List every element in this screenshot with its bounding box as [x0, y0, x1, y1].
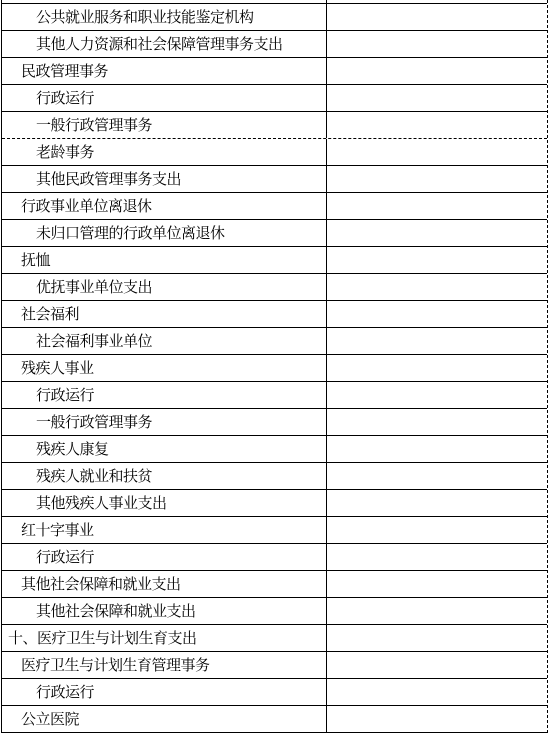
table-row: 残疾人康复	[2, 436, 547, 463]
item-cell[interactable]: 民政管理事务	[2, 58, 326, 84]
value-cell[interactable]	[326, 679, 547, 705]
table-row: 其他社会保障和就业支出	[2, 571, 547, 598]
value-cell[interactable]	[326, 112, 547, 138]
item-cell[interactable]: 抚恤	[2, 247, 326, 273]
item-label: 行政运行	[36, 685, 94, 700]
item-cell[interactable]: 行政事业单位离退休	[2, 193, 326, 219]
value-cell[interactable]	[326, 517, 547, 543]
table-row: 优抚事业单位支出	[2, 274, 547, 301]
table-row: 行政运行	[2, 544, 547, 571]
item-label: 红十字事业	[21, 523, 94, 538]
item-label: 其他民政管理事务支出	[36, 172, 181, 187]
table-row: 民政管理事务	[2, 58, 547, 85]
table-row: 公立医院	[2, 706, 547, 733]
item-label: 民政管理事务	[21, 64, 108, 79]
table-row: 医疗卫生与计划生育管理事务	[2, 652, 547, 679]
table-row: 残疾人事业	[2, 355, 547, 382]
value-cell[interactable]	[326, 463, 547, 489]
table-row: 行政运行	[2, 679, 547, 706]
value-cell[interactable]	[326, 247, 547, 273]
item-label: 一般行政管理事务	[36, 415, 152, 430]
item-label: 残疾人事业	[21, 361, 94, 376]
item-label: 残疾人就业和扶贫	[36, 469, 152, 484]
item-cell[interactable]: 十、医疗卫生与计划生育支出	[2, 625, 326, 651]
table-row: 十、医疗卫生与计划生育支出	[2, 625, 547, 652]
value-cell[interactable]	[326, 193, 547, 219]
item-label: 十、医疗卫生与计划生育支出	[8, 631, 197, 646]
item-label: 行政运行	[36, 388, 94, 403]
item-cell[interactable]: 行政运行	[2, 382, 326, 408]
item-cell[interactable]: 公立医院	[2, 706, 326, 732]
table-row: 行政运行	[2, 382, 547, 409]
table-row: 残疾人就业和扶贫	[2, 463, 547, 490]
item-cell[interactable]: 未归口管理的行政单位离退休	[2, 220, 326, 246]
table-row: 社会福利	[2, 301, 547, 328]
table-row: 社会福利事业单位	[2, 328, 547, 355]
value-cell[interactable]	[326, 436, 547, 462]
spreadsheet-area: 公共就业服务和职业技能鉴定机构 其他人力资源和社会保障管理事务支出 民政管理事务…	[0, 0, 551, 735]
item-cell[interactable]: 残疾人康复	[2, 436, 326, 462]
item-cell[interactable]: 其他社会保障和就业支出	[2, 571, 326, 597]
table-row: 公共就业服务和职业技能鉴定机构	[2, 4, 547, 31]
item-cell[interactable]: 优抚事业单位支出	[2, 274, 326, 300]
item-label: 行政运行	[36, 91, 94, 106]
table-row: 一般行政管理事务	[2, 409, 547, 436]
value-cell[interactable]	[326, 544, 547, 570]
item-label: 社会福利	[21, 307, 79, 322]
table-row-page-break: 一般行政管理事务	[2, 112, 547, 139]
budget-items-table: 公共就业服务和职业技能鉴定机构 其他人力资源和社会保障管理事务支出 民政管理事务…	[1, 0, 548, 733]
table-row: 老龄事务	[2, 139, 547, 166]
value-cell[interactable]	[326, 4, 547, 30]
value-cell[interactable]	[326, 85, 547, 111]
value-cell[interactable]	[326, 274, 547, 300]
table-row: 未归口管理的行政单位离退休	[2, 220, 547, 247]
item-cell[interactable]: 医疗卫生与计划生育管理事务	[2, 652, 326, 678]
value-cell[interactable]	[326, 166, 547, 192]
table-row: 行政运行	[2, 85, 547, 112]
item-cell[interactable]: 红十字事业	[2, 517, 326, 543]
item-label: 行政运行	[36, 550, 94, 565]
value-cell[interactable]	[326, 58, 547, 84]
table-row: 抚恤	[2, 247, 547, 274]
item-cell[interactable]: 社会福利	[2, 301, 326, 327]
item-cell[interactable]: 行政运行	[2, 85, 326, 111]
table-row: 行政事业单位离退休	[2, 193, 547, 220]
value-cell[interactable]	[326, 625, 547, 651]
item-label: 其他残疾人事业支出	[36, 496, 167, 511]
table-row: 红十字事业	[2, 517, 547, 544]
item-label: 其他社会保障和就业支出	[36, 604, 196, 619]
item-label: 公立医院	[21, 712, 79, 727]
value-cell[interactable]	[326, 490, 547, 516]
item-label: 行政事业单位离退休	[21, 199, 152, 214]
item-cell[interactable]: 一般行政管理事务	[2, 112, 326, 138]
item-cell[interactable]: 其他人力资源和社会保障管理事务支出	[2, 31, 326, 57]
item-label: 残疾人康复	[36, 442, 109, 457]
item-cell[interactable]: 其他民政管理事务支出	[2, 166, 326, 192]
table-row: 其他人力资源和社会保障管理事务支出	[2, 31, 547, 58]
item-label: 老龄事务	[36, 145, 94, 160]
value-cell[interactable]	[326, 139, 547, 165]
item-cell[interactable]: 公共就业服务和职业技能鉴定机构	[2, 4, 326, 30]
value-cell[interactable]	[326, 706, 547, 732]
item-cell[interactable]: 行政运行	[2, 679, 326, 705]
item-cell[interactable]: 其他残疾人事业支出	[2, 490, 326, 516]
item-cell[interactable]: 行政运行	[2, 544, 326, 570]
value-cell[interactable]	[326, 328, 547, 354]
item-label: 其他社会保障和就业支出	[21, 577, 181, 592]
value-cell[interactable]	[326, 355, 547, 381]
item-cell	[2, 0, 326, 3]
value-cell[interactable]	[326, 571, 547, 597]
item-cell[interactable]: 老龄事务	[2, 139, 326, 165]
table-row: 其他民政管理事务支出	[2, 166, 547, 193]
value-cell[interactable]	[326, 220, 547, 246]
item-cell[interactable]: 社会福利事业单位	[2, 328, 326, 354]
value-cell[interactable]	[326, 31, 547, 57]
item-cell[interactable]: 其他社会保障和就业支出	[2, 598, 326, 624]
item-label: 优抚事业单位支出	[36, 280, 152, 295]
item-label: 其他人力资源和社会保障管理事务支出	[36, 37, 283, 52]
value-cell[interactable]	[326, 409, 547, 435]
item-label: 未归口管理的行政单位离退休	[36, 226, 225, 241]
value-cell[interactable]	[326, 652, 547, 678]
table-row: 其他残疾人事业支出	[2, 490, 547, 517]
value-cell[interactable]	[326, 301, 547, 327]
item-cell[interactable]: 残疾人事业	[2, 355, 326, 381]
item-label: 公共就业服务和职业技能鉴定机构	[36, 10, 254, 25]
value-cell[interactable]	[326, 382, 547, 408]
item-cell[interactable]: 一般行政管理事务	[2, 409, 326, 435]
item-cell[interactable]: 残疾人就业和扶贫	[2, 463, 326, 489]
value-cell	[326, 0, 547, 3]
item-label: 一般行政管理事务	[36, 118, 152, 133]
table-row: 其他社会保障和就业支出	[2, 598, 547, 625]
item-label: 抚恤	[21, 253, 50, 268]
item-label: 医疗卫生与计划生育管理事务	[21, 658, 210, 673]
value-cell[interactable]	[326, 598, 547, 624]
item-label: 社会福利事业单位	[36, 334, 152, 349]
